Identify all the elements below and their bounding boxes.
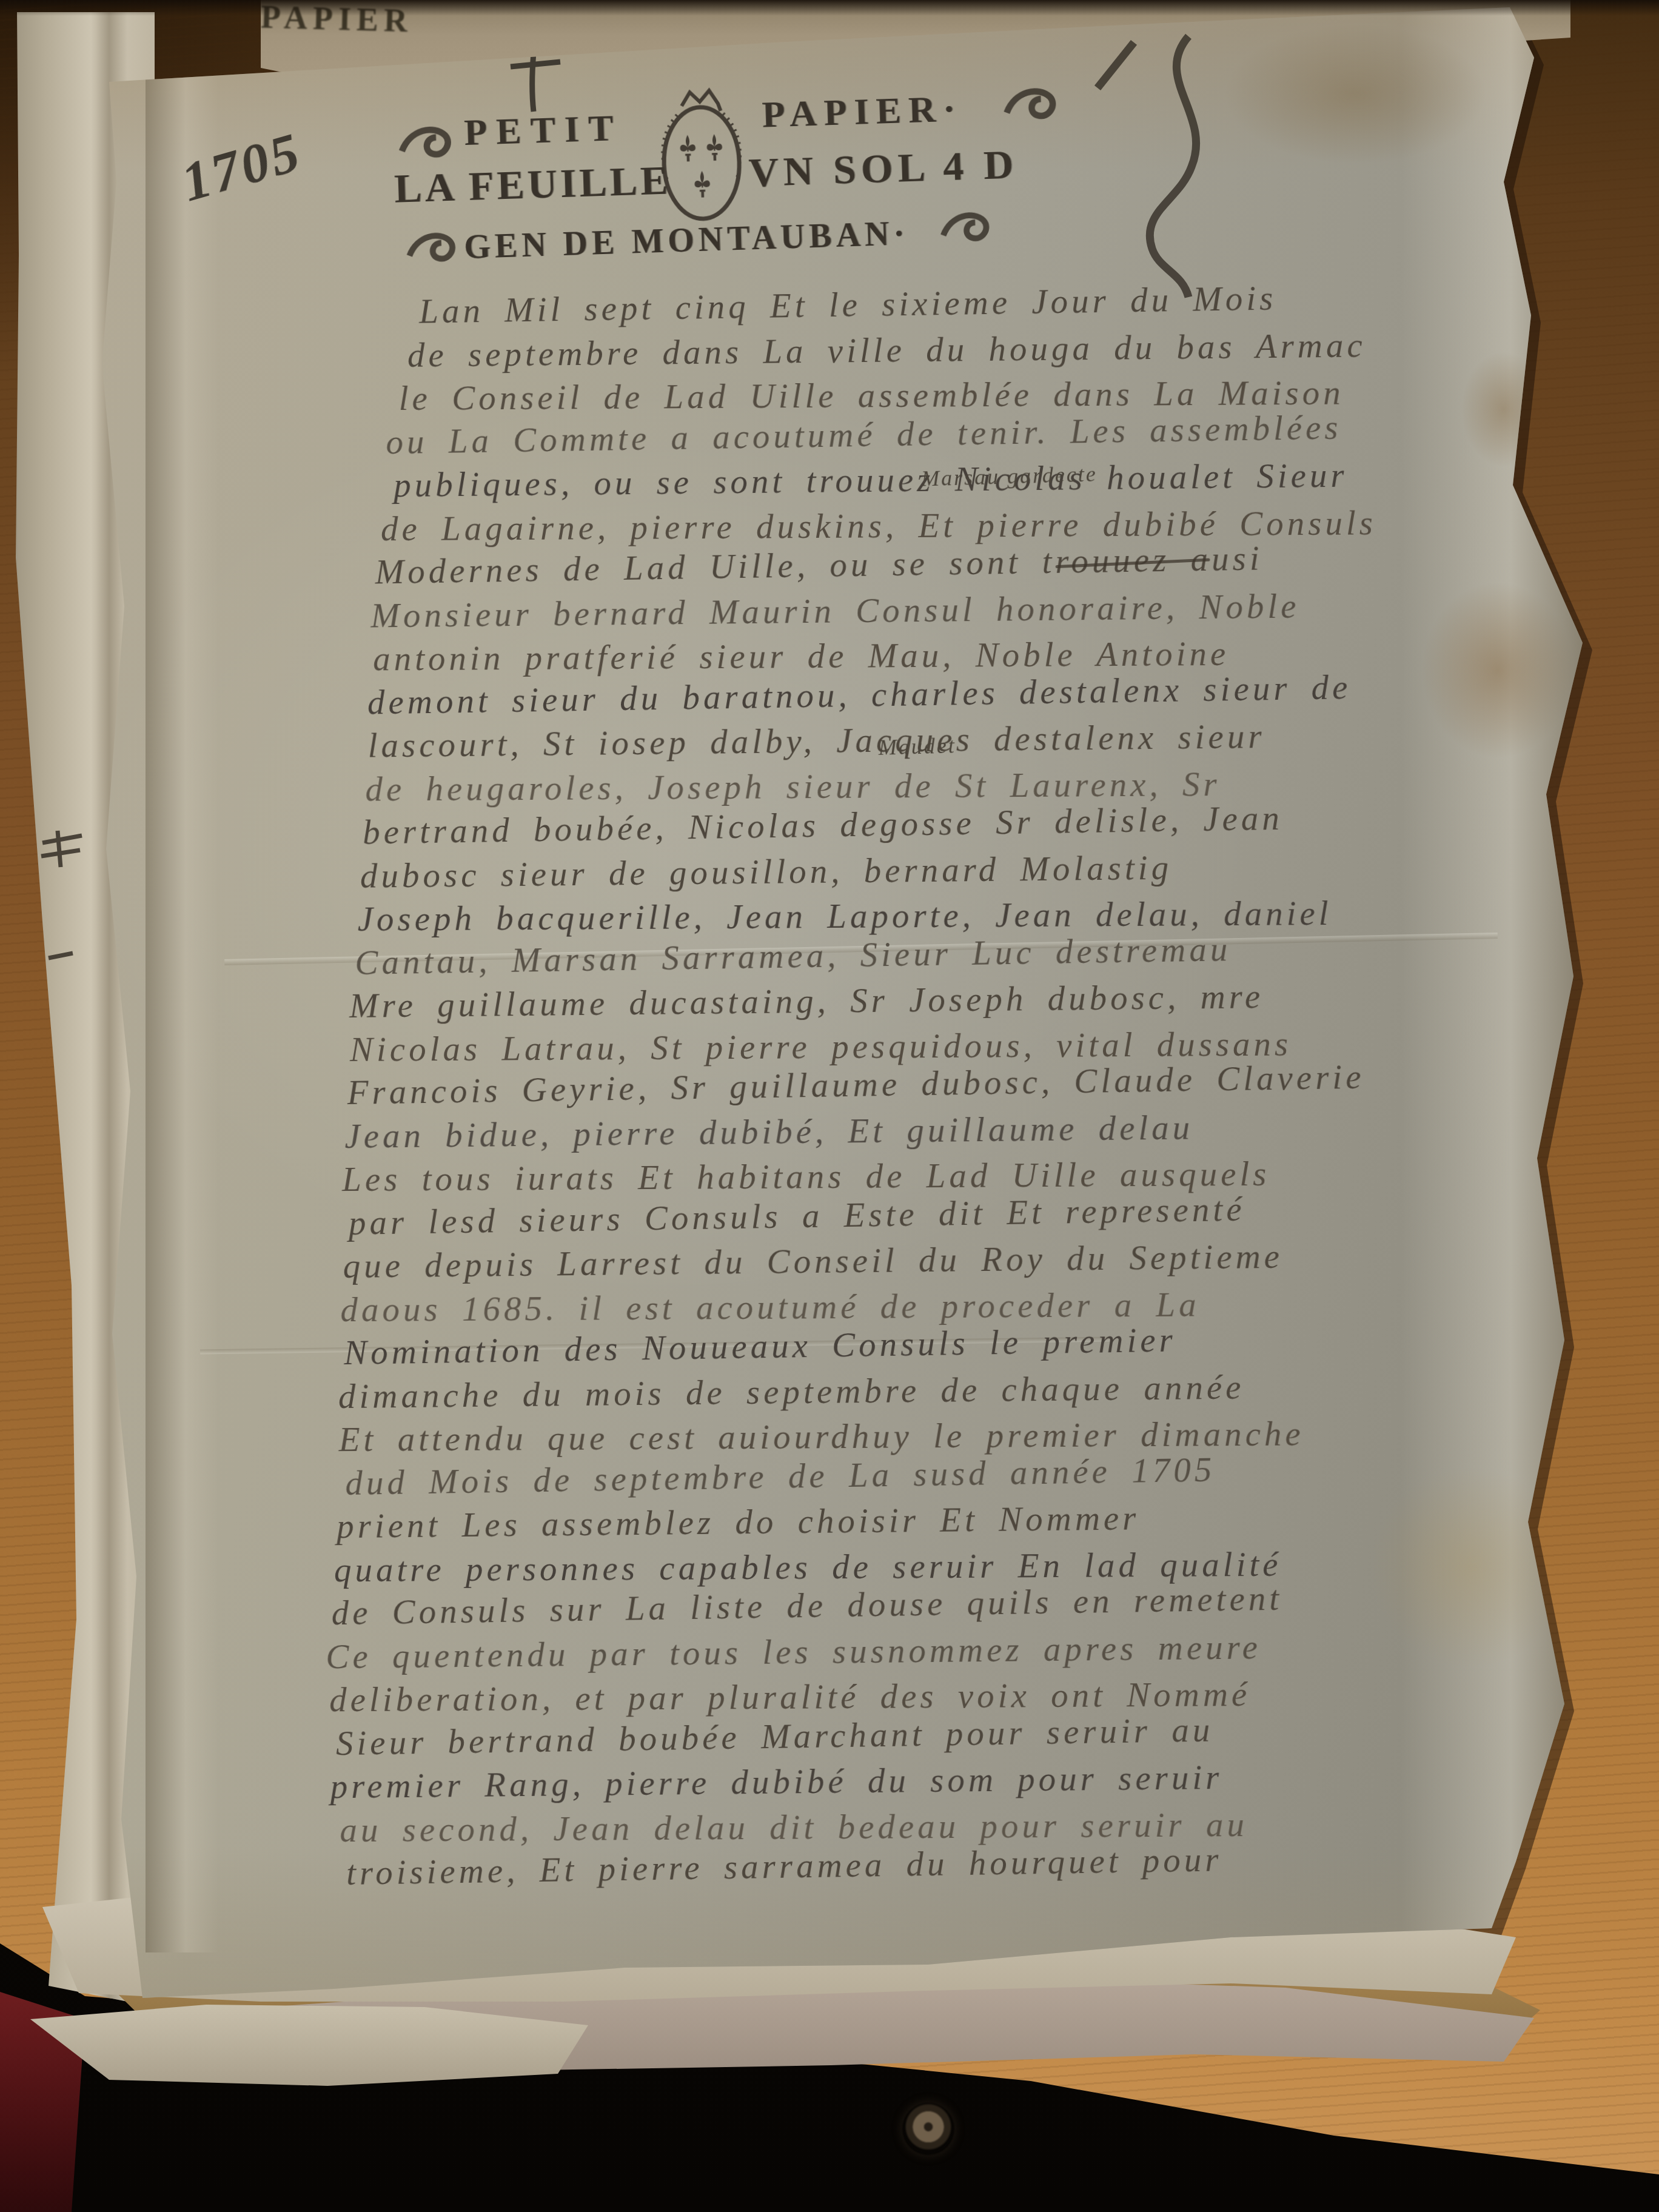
ink-flourish-icon [1061,30,1231,303]
stamp-text-gen-de-montauban: GEN DE MONTAUBAN· [463,214,910,267]
tax-stamp: PETIT PAPIER· LA FEUILLE VN SOL 4 D GEN … [392,80,1082,277]
manuscript-interline: Marsau gardecte [921,462,1098,490]
photo-edge-shadow [0,0,1659,16]
stamp-text-papier: PAPIER· [762,87,964,136]
stamp-flourish-icon [404,227,458,272]
stamp-flourish-icon [938,207,993,251]
stamp-text-lafeuille: LA FEUILLE [394,156,672,212]
stamp-text-vnsol4d: VN SOL 4 D [748,140,1019,196]
paper-stain [1225,24,1486,164]
paper-fold-shadow [146,73,218,1952]
stamp-text-petit: PETIT [463,107,623,155]
manuscript-page: 1705 PE [79,0,1631,2007]
clothing-button-icon [902,2103,954,2155]
manuscript-interline: Maudet [878,734,956,759]
year-annotation: 1705 [174,119,308,214]
manuscript-lines: Lan Mil sept cinq Et le sixieme Jour du … [307,279,1543,1941]
stamp-flourish-icon [396,121,455,168]
stamp-flourish-icon [1000,82,1059,129]
